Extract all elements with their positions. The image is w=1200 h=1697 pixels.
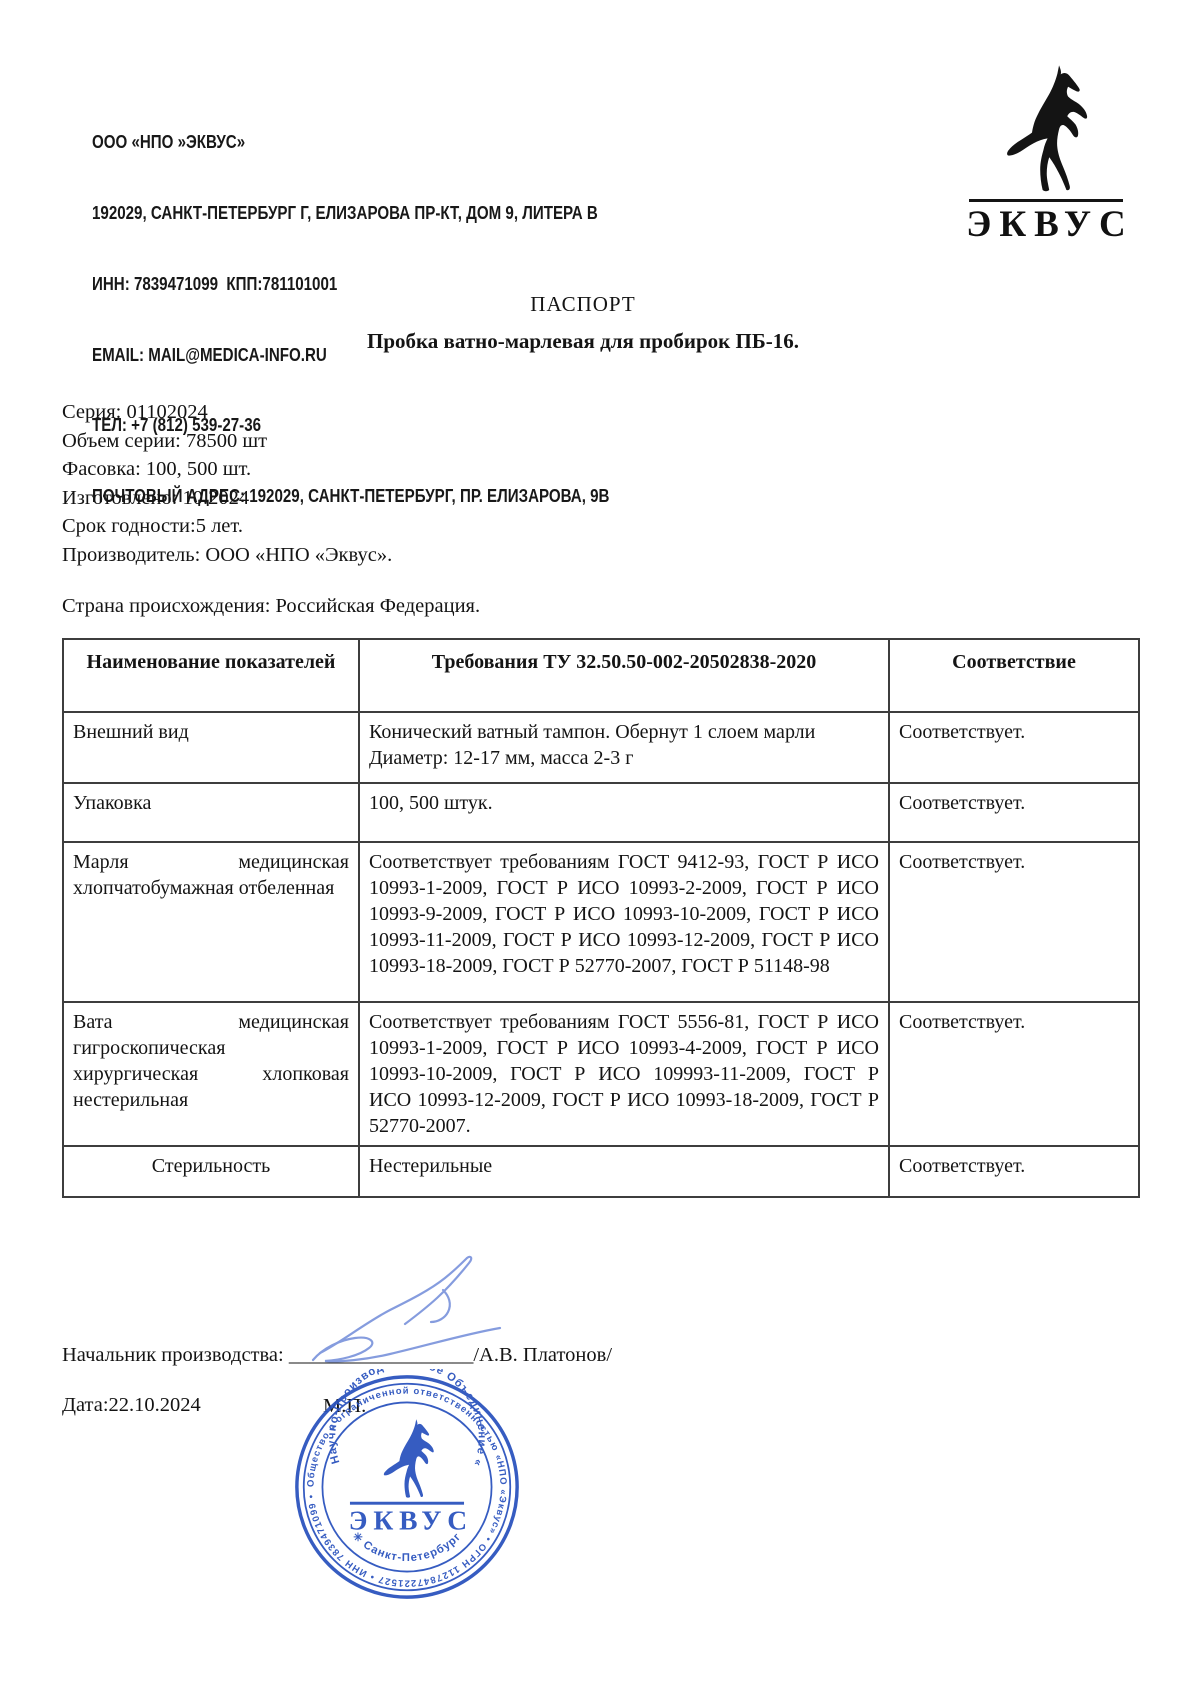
table-row: Марля медицинская хлопчатобумажная отбел… — [63, 842, 1139, 1002]
date-line: Дата:22.10.2024 — [62, 1394, 201, 1417]
manufactured-line: Изготовлено: 10.2024 — [62, 484, 392, 513]
requirement-cell: Соответствует требованиям ГОСТ 9412-93, … — [359, 842, 889, 1002]
compliance-cell: Соответствует. — [889, 712, 1139, 783]
requirement-cell: Соответствует требованиям ГОСТ 5556-81, … — [359, 1002, 889, 1146]
indicator-cell: Внешний вид — [63, 712, 359, 783]
table-row: Упаковка 100, 500 штук. Соответствует. — [63, 783, 1139, 842]
indicator-cell: Стерильность — [63, 1146, 359, 1197]
table-header-row: Наименование показателей Требования ТУ 3… — [63, 639, 1139, 712]
document-page: ООО «НПО »ЭКВУС» 192029, САНКТ-ПЕТЕРБУРГ… — [0, 0, 1200, 1697]
manufacturer-line: Производитель: ООО «НПО «Эквус». — [62, 541, 392, 570]
page-title: ПАСПОРТ — [0, 292, 1166, 317]
compliance-cell: Соответствует. — [889, 1002, 1139, 1146]
col-header-indicator: Наименование показателей — [63, 639, 359, 712]
table-row: Вата медицинская гигроскопическая хирург… — [63, 1002, 1139, 1146]
indicator-cell: Марля медицинская хлопчатобумажная отбел… — [63, 842, 359, 1002]
col-header-compliance: Соответствие — [889, 639, 1139, 712]
product-info-block: Серия: 01102024 Объем серии: 78500 шт Фа… — [62, 398, 392, 569]
spec-table: Наименование показателей Требования ТУ 3… — [62, 638, 1140, 1198]
stamp-brand-text: ЭКВУС — [349, 1504, 473, 1535]
requirement-cell: Нестерильные — [359, 1146, 889, 1197]
indicator-cell: Упаковка — [63, 783, 359, 842]
company-round-stamp: Общество с ограниченной ответственностью… — [289, 1369, 525, 1605]
company-address: 192029, САНКТ-ПЕТЕРБУРГ Г, ЕЛИЗАРОВА ПР-… — [92, 202, 609, 226]
country-of-origin-line: Страна происхождения: Российская Федерац… — [62, 595, 480, 618]
stamp-horse-icon — [384, 1419, 434, 1497]
indicator-cell: Вата медицинская гигроскопическая хирург… — [63, 1002, 359, 1146]
compliance-cell: Соответствует. — [889, 842, 1139, 1002]
company-name: ООО «НПО »ЭКВУС» — [92, 131, 609, 155]
series-volume-line: Объем серии: 78500 шт — [62, 427, 392, 456]
horse-logo-icon — [1000, 62, 1092, 196]
product-title: Пробка ватно-марлевая для пробирок ПБ-16… — [0, 329, 1166, 354]
table-row: Стерильность Нестерильные Соответствует. — [63, 1146, 1139, 1197]
compliance-cell: Соответствует. — [889, 1146, 1139, 1197]
requirement-cell: Конический ватный тампон. Обернут 1 слое… — [359, 712, 889, 783]
series-line: Серия: 01102024 — [62, 398, 392, 427]
shelf-life-line: Срок годности:5 лет. — [62, 512, 392, 541]
packing-line: Фасовка: 100, 500 шт. — [62, 455, 392, 484]
col-header-requirements: Требования ТУ 32.50.50-002-20502838-2020 — [359, 639, 889, 712]
table-row: Внешний вид Конический ватный тампон. Об… — [63, 712, 1139, 783]
logo-brand-text: ЭКВУС — [936, 203, 1156, 246]
logo-divider — [969, 199, 1123, 202]
compliance-cell: Соответствует. — [889, 783, 1139, 842]
handwritten-signature — [295, 1248, 545, 1378]
signature-label: Начальник производства: — [62, 1344, 289, 1366]
requirement-cell: 100, 500 штук. — [359, 783, 889, 842]
company-logo: ЭКВУС — [936, 62, 1156, 246]
